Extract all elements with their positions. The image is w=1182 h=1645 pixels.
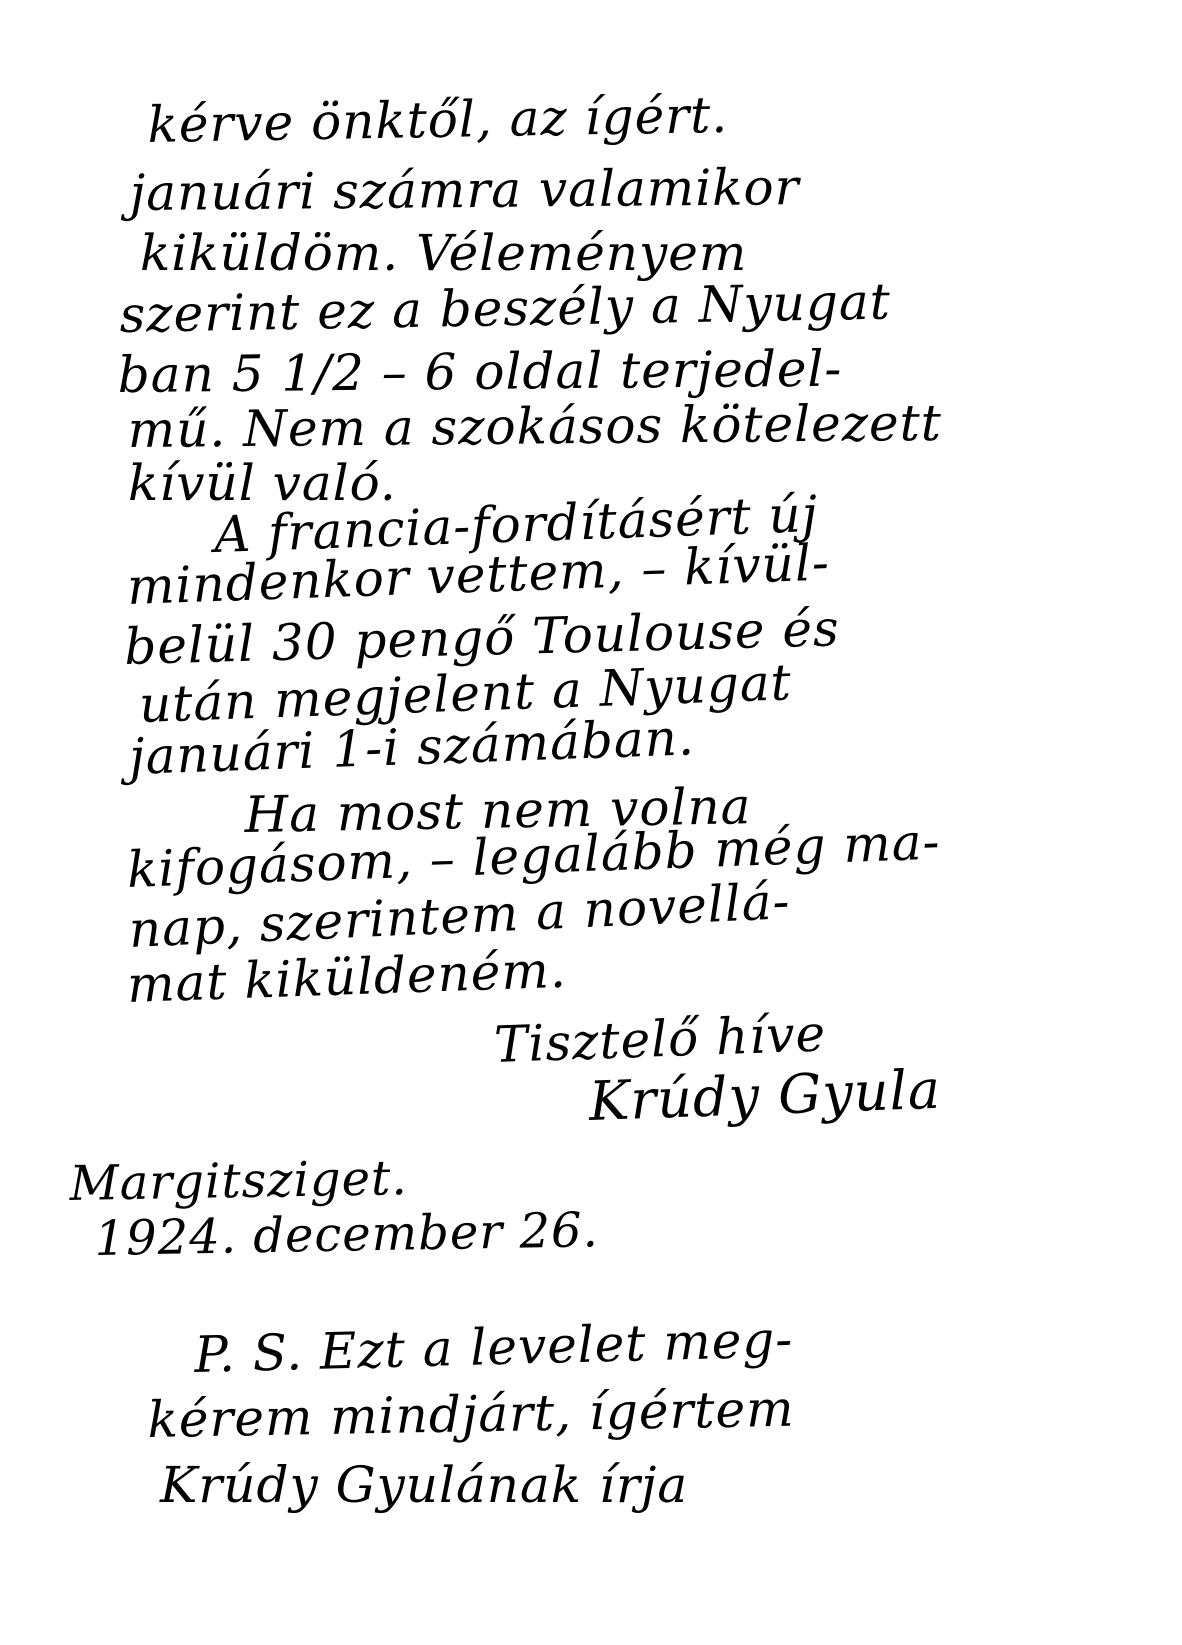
letter-page: kérve önktől, az ígért. januári számra v… [0,0,1182,1645]
body-line-6: mű. Nem a szokásos kötelezett [128,398,942,455]
letter-date: 1924. december 26. [94,1206,599,1263]
letter-place: Margitsziget. [69,1154,408,1208]
letter-signature: Krúdy Gyula [588,1063,942,1129]
body-line-2: januári számra valamikor [130,162,800,218]
body-line-3: kiküldöm. Véleményem [140,228,747,278]
body-line-1: kérve önktől, az ígért. [147,90,728,150]
body-line-16: mat kiküldeném. [126,945,567,1010]
letter-closing: Tisztelő híve [493,1008,827,1070]
postscript-line-3: Krúdy Gyulának írja [160,1460,688,1510]
postscript-line-2: kérem mindjárt, ígértem [147,1384,795,1445]
body-line-4: szerint ez a beszély a Nyugat [119,277,891,340]
body-line-5: ban 5 1/2 – 6 oldal terjedel- [118,344,843,400]
postscript-line-1: P. S. Ezt a levelet meg- [194,1314,794,1380]
